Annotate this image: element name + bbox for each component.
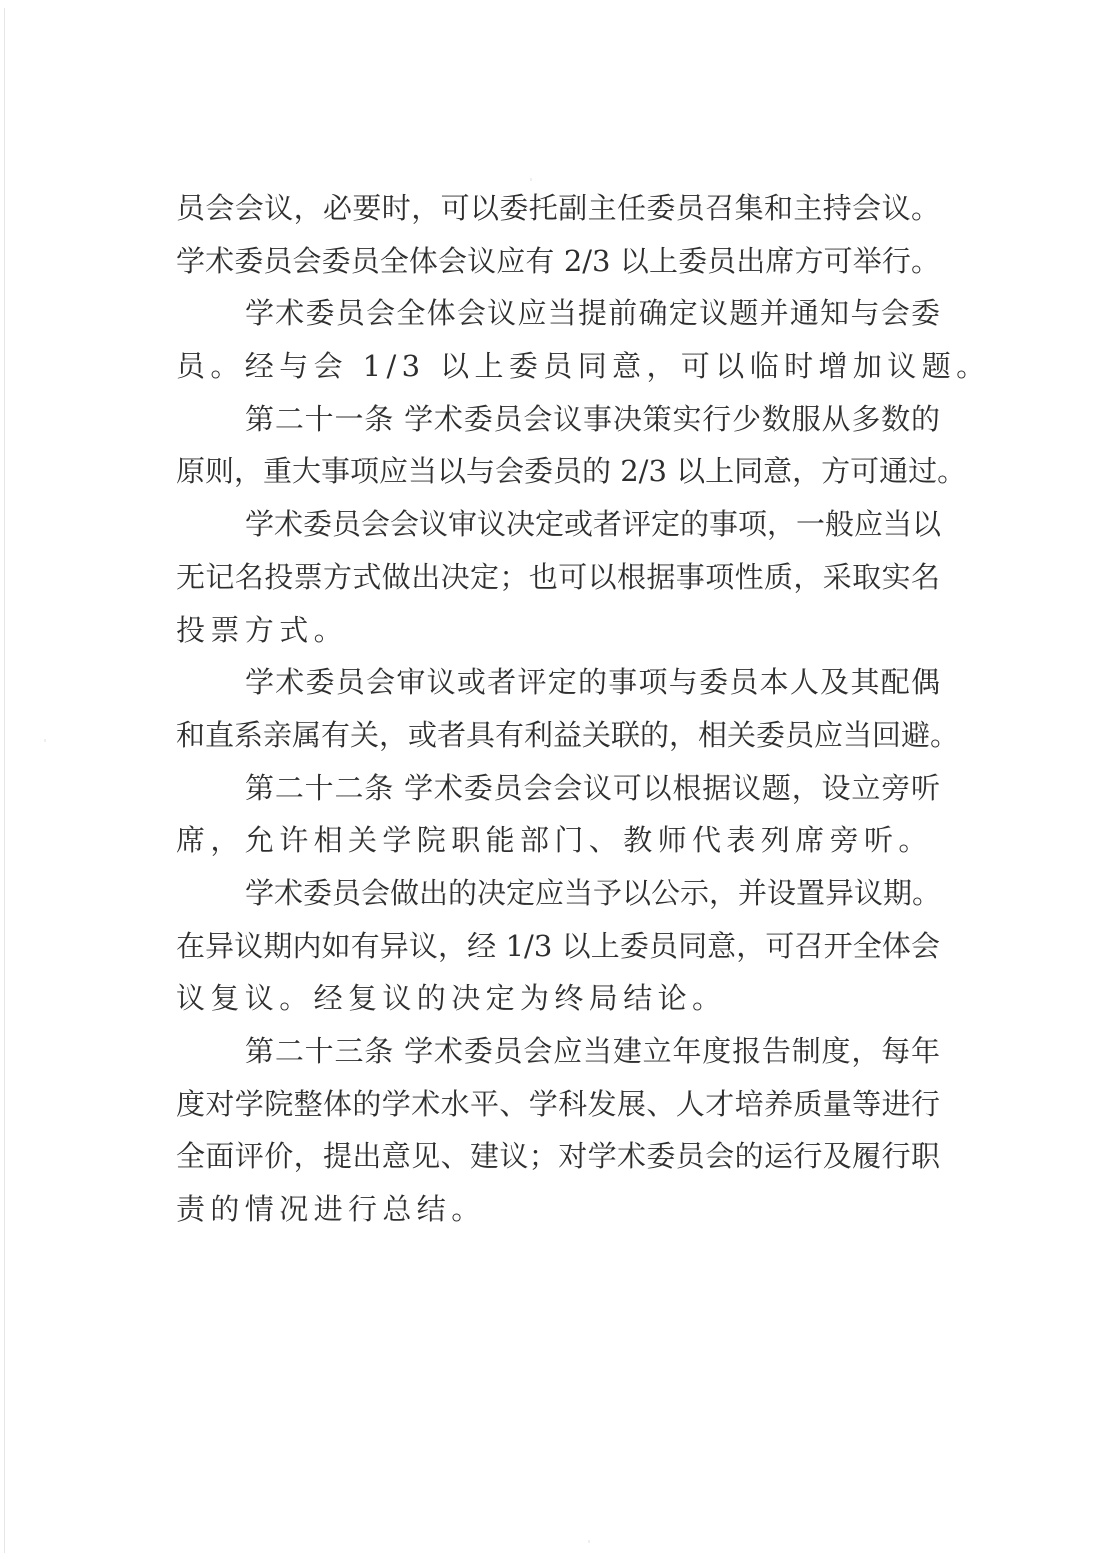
text-line: 员会会议，必要时，可以委托副主任委员召集和主持会议。 (176, 182, 940, 235)
text-line: 全面评价，提出意见、建议；对学术委员会的运行及履行职 (176, 1130, 940, 1183)
text-line: 学术委员会全体会议应当提前确定议题并通知与会委 (176, 287, 940, 340)
text-line: 在异议期内如有异议，经 1/3 以上委员同意，可召开全体会 (176, 920, 940, 973)
text-line: 第二十二条 学术委员会会议可以根据议题，设立旁听 (176, 762, 940, 815)
text-line: 席，允许相关学院职能部门、教师代表列席旁听。 (176, 814, 940, 867)
text-line: 度对学院整体的学术水平、学科发展、人才培养质量等进行 (176, 1078, 940, 1131)
paragraph-continued: 员会会议，必要时，可以委托副主任委员召集和主持会议。 学术委员会委员全体会议应有… (176, 182, 940, 287)
paragraph: 学术委员会审议或者评定的事项与委员本人及其配偶 和直系亲属有关，或者具有利益关联… (176, 656, 940, 761)
text-line: 投票方式。 (176, 604, 940, 657)
text-line: 第二十三条 学术委员会应当建立年度报告制度，每年 (176, 1025, 940, 1078)
document-page: 员会会议，必要时，可以委托副主任委员召集和主持会议。 学术委员会委员全体会议应有… (0, 0, 1099, 1559)
scan-speck (44, 739, 46, 742)
text-line: 和直系亲属有关，或者具有利益关联的，相关委员应当回避。 (176, 709, 940, 762)
text-line: 学术委员会会议审议决定或者评定的事项，一般应当以 (176, 498, 940, 551)
scan-speck (530, 178, 532, 181)
paragraph: 学术委员会会议审议决定或者评定的事项，一般应当以 无记名投票方式做出决定；也可以… (176, 498, 940, 656)
text-line: 学术委员会委员全体会议应有 2/3 以上委员出席方可举行。 (176, 235, 940, 288)
text-line: 员。经与会 1/3 以上委员同意，可以临时增加议题。 (176, 340, 940, 393)
text-line: 第二十一条 学术委员会议事决策实行少数服从多数的 (176, 393, 940, 446)
article-22: 第二十二条 学术委员会会议可以根据议题，设立旁听 席，允许相关学院职能部门、教师… (176, 762, 940, 867)
text-line: 学术委员会做出的决定应当予以公示，并设置异议期。 (176, 867, 940, 920)
text-line: 学术委员会审议或者评定的事项与委员本人及其配偶 (176, 656, 940, 709)
text-line: 无记名投票方式做出决定；也可以根据事项性质，采取实名 (176, 551, 940, 604)
scan-speck (588, 1540, 590, 1543)
paragraph: 学术委员会全体会议应当提前确定议题并通知与会委 员。经与会 1/3 以上委员同意… (176, 287, 940, 392)
paragraph: 学术委员会做出的决定应当予以公示，并设置异议期。 在异议期内如有异议，经 1/3… (176, 867, 940, 1025)
text-line: 责的情况进行总结。 (176, 1183, 940, 1236)
article-23: 第二十三条 学术委员会应当建立年度报告制度，每年 度对学院整体的学术水平、学科发… (176, 1025, 940, 1236)
article-21: 第二十一条 学术委员会议事决策实行少数服从多数的 原则，重大事项应当以与会委员的… (176, 393, 940, 498)
text-line: 原则，重大事项应当以与会委员的 2/3 以上同意，方可通过。 (176, 445, 940, 498)
text-line: 议复议。经复议的决定为终局结论。 (176, 972, 940, 1025)
document-body: 员会会议，必要时，可以委托副主任委员召集和主持会议。 学术委员会委员全体会议应有… (176, 182, 940, 1236)
scan-edge-line (4, 8, 5, 1553)
